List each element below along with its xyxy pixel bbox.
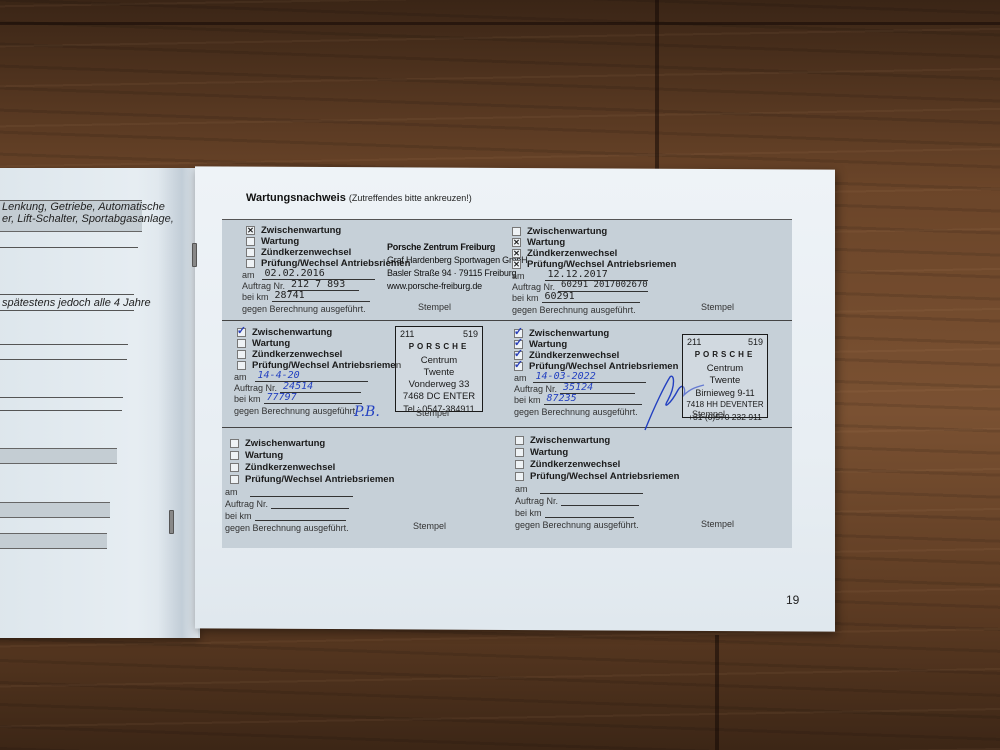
- date-field: am: [225, 485, 394, 497]
- option-wartung[interactable]: Wartung: [246, 236, 410, 247]
- stamp-line: Centrum: [683, 363, 767, 375]
- option-wartung[interactable]: Wartung: [230, 449, 394, 461]
- option-wartung[interactable]: Wartung: [515, 446, 679, 458]
- plank-seam: [715, 635, 719, 750]
- option-label: Zwischenwartung: [261, 225, 341, 236]
- km-value[interactable]: 28741: [272, 290, 370, 302]
- option-zwischenwartung[interactable]: Zwischenwartung: [514, 328, 678, 339]
- km-value[interactable]: 77797: [264, 392, 362, 404]
- option-label: Wartung: [245, 450, 283, 461]
- checkbox-icon[interactable]: [246, 248, 255, 257]
- dealer-website: www.porsche-freiburg.de: [387, 280, 527, 293]
- order-field: Auftrag Nr.: [515, 494, 679, 506]
- option-zuendkerzenwechsel[interactable]: Zündkerzenwechsel: [515, 458, 679, 470]
- date-value[interactable]: [540, 482, 643, 494]
- option-wartung[interactable]: Wartung: [512, 237, 676, 248]
- km-label: bei km: [234, 394, 261, 404]
- checkbox-icon[interactable]: [515, 460, 524, 469]
- option-zuendkerzenwechsel[interactable]: Zündkerzenwechsel: [246, 247, 410, 258]
- left-page-shaded-band: [0, 448, 117, 464]
- left-page-rule: [0, 344, 128, 345]
- dealer-address: Basler Straße 94 · 79115 Freiburg: [387, 267, 527, 280]
- service-entry-5: Zwischenwartung Wartung Zündkerzenwechse…: [230, 437, 394, 533]
- checkbox-icon[interactable]: [515, 448, 524, 457]
- km-field: bei km: [515, 506, 679, 518]
- option-zuendkerzenwechsel[interactable]: Zündkerzenwechsel: [514, 350, 678, 361]
- left-page-rule: [0, 397, 123, 398]
- service-entry-6: Zwischenwartung Wartung Zündkerzenwechse…: [515, 434, 679, 530]
- checkbox-icon[interactable]: [230, 451, 239, 460]
- option-label: Wartung: [527, 237, 565, 248]
- stamp-number-right: 519: [748, 336, 763, 348]
- option-antriebsriemen[interactable]: Prüfung/Wechsel Antriebsriemen: [515, 470, 679, 482]
- left-page-shaded-band: [0, 533, 107, 549]
- option-label: Zwischenwartung: [527, 226, 607, 237]
- km-field: bei km: [225, 509, 394, 521]
- left-page-text-line: spätestens jedoch alle 4 Jahre: [2, 297, 151, 309]
- checkbox-icon[interactable]: [512, 227, 521, 236]
- km-label: bei km: [242, 292, 269, 302]
- form-title-text: Wartungsnachweis: [246, 192, 346, 204]
- order-field: Auftrag Nr.: [225, 497, 394, 509]
- service-entry-2: Zwischenwartung Wartung Zündkerzenwechse…: [512, 226, 676, 315]
- option-zwischenwartung[interactable]: Zwischenwartung: [237, 327, 401, 338]
- left-page-text-line: er, Lift-Schalter, Sportabgasanlage,: [2, 213, 174, 225]
- dealer-stamp: 211519 PORSCHE Centrum Twente Birnieweg …: [682, 334, 768, 418]
- km-field: bei km77797: [234, 393, 401, 404]
- option-label: Zündkerzenwechsel: [245, 462, 335, 473]
- row-separator: [222, 320, 792, 321]
- checkbox-icon[interactable]: [230, 439, 239, 448]
- service-entry-3: Zwischenwartung Wartung Zündkerzenwechse…: [237, 327, 401, 416]
- date-label: am: [512, 271, 525, 281]
- executed-note: gegen Berechnung ausgeführt.: [242, 302, 410, 314]
- option-label: Zündkerzenwechsel: [530, 459, 620, 470]
- stamp-number-left: 211: [687, 336, 701, 348]
- checkbox-icon[interactable]: [246, 259, 255, 268]
- option-label: Prüfung/Wechsel Antriebsriemen: [245, 474, 394, 485]
- checkbox-icon[interactable]: [246, 237, 255, 246]
- km-field: bei km28741: [242, 291, 410, 302]
- checkbox-icon[interactable]: [515, 472, 524, 481]
- date-label: am: [514, 373, 527, 383]
- left-page-rule: [0, 359, 127, 360]
- left-page-rule: [0, 294, 134, 295]
- stamp-line: Centrum: [396, 355, 482, 367]
- option-label: Zwischenwartung: [252, 327, 332, 338]
- checkbox-icon[interactable]: [246, 226, 255, 235]
- checkbox-icon[interactable]: [237, 361, 246, 370]
- date-label: am: [515, 484, 528, 494]
- order-label: Auftrag Nr.: [515, 496, 558, 506]
- stamp-line: Vonderweg 33: [396, 379, 482, 391]
- checkbox-icon[interactable]: [514, 362, 523, 371]
- km-label: bei km: [514, 395, 541, 405]
- stamp-label: Stempel: [416, 408, 449, 418]
- checkbox-icon[interactable]: [512, 238, 521, 247]
- km-label: bei km: [515, 508, 542, 518]
- stamp-label: Stempel: [692, 409, 725, 419]
- option-zuendkerzenwechsel[interactable]: Zündkerzenwechsel: [512, 248, 676, 259]
- km-label: bei km: [225, 511, 252, 521]
- checkbox-icon[interactable]: [512, 260, 521, 269]
- left-page-text-line: Lenkung, Getriebe, Automatische: [2, 201, 165, 213]
- left-page-rule: [0, 410, 122, 411]
- option-label: Zündkerzenwechsel: [261, 247, 351, 258]
- stamp-line: Birnieweg 9-11: [683, 387, 767, 399]
- staple: [192, 243, 197, 267]
- book-gutter: [158, 168, 198, 638]
- option-label: Zündkerzenwechsel: [529, 350, 619, 361]
- left-page-rule: [0, 247, 138, 248]
- option-label: Wartung: [252, 338, 290, 349]
- form-title: Wartungsnachweis (Zutreffendes bitte ank…: [246, 192, 472, 204]
- option-zwischenwartung[interactable]: Zwischenwartung: [512, 226, 676, 237]
- stamp-line: 7468 DC ENTER: [396, 391, 482, 403]
- date-label: am: [242, 270, 255, 280]
- plank-seam: [655, 0, 659, 170]
- order-value[interactable]: [271, 497, 349, 509]
- left-page-rule: [0, 310, 134, 311]
- stamp-label: Stempel: [701, 519, 734, 529]
- checkbox-icon[interactable]: [515, 436, 524, 445]
- stamp-brand: PORSCHE: [396, 341, 482, 353]
- km-field: bei km60291: [512, 292, 676, 303]
- stamp-label: Stempel: [418, 302, 451, 312]
- handwritten-initials: P.B.: [354, 404, 380, 420]
- option-label: Wartung: [529, 339, 567, 350]
- dealer-imprint: Porsche Zentrum Freiburg Graf Hardenberg…: [387, 241, 527, 293]
- km-value[interactable]: [545, 506, 634, 518]
- option-zuendkerzenwechsel[interactable]: Zündkerzenwechsel: [237, 349, 401, 360]
- option-wartung[interactable]: Wartung: [514, 339, 678, 350]
- stamp-label: Stempel: [413, 521, 446, 531]
- stamp-number-left: 211: [400, 328, 414, 340]
- option-antriebsriemen[interactable]: Prüfung/Wechsel Antriebsriemen: [230, 473, 394, 485]
- option-zwischenwartung[interactable]: Zwischenwartung: [515, 434, 679, 446]
- km-label: bei km: [512, 293, 539, 303]
- dealer-company: Graf Hardenberg Sportwagen GmbH: [387, 254, 527, 267]
- left-page-shaded-band: [0, 502, 110, 518]
- checkbox-icon[interactable]: [512, 249, 521, 258]
- form-title-note: (Zutreffendes bitte ankreuzen!): [349, 193, 472, 203]
- stamp-line: Twente: [396, 367, 482, 379]
- km-value[interactable]: 87235: [544, 393, 642, 405]
- checkbox-icon[interactable]: [237, 339, 246, 348]
- option-zwischenwartung[interactable]: Zwischenwartung: [246, 225, 410, 236]
- checkbox-icon[interactable]: [230, 475, 239, 484]
- service-entry-1: Zwischenwartung Wartung Zündkerzenwechse…: [246, 225, 410, 314]
- km-value[interactable]: 60291: [542, 291, 640, 303]
- option-label: Zwischenwartung: [530, 435, 610, 446]
- option-label: Wartung: [530, 447, 568, 458]
- order-label: Auftrag Nr.: [225, 499, 268, 509]
- dealer-stamp: 211519 PORSCHE Centrum Twente Vonderweg …: [395, 326, 483, 412]
- order-value[interactable]: [561, 494, 639, 506]
- page-number: 19: [786, 593, 799, 607]
- option-label: Wartung: [261, 236, 299, 247]
- executed-note: gegen Berechnung ausgeführt.: [515, 518, 679, 530]
- date-value[interactable]: [250, 485, 353, 497]
- option-label: Zündkerzenwechsel: [527, 248, 617, 259]
- date-label: am: [234, 372, 247, 382]
- option-label: Zwischenwartung: [529, 328, 609, 339]
- km-value[interactable]: [255, 509, 346, 521]
- date-field: am: [515, 482, 679, 494]
- stamp-number-right: 519: [463, 328, 478, 340]
- option-label: Zwischenwartung: [245, 438, 325, 449]
- executed-note: gegen Berechnung ausgeführt.: [225, 521, 394, 533]
- checkbox-icon[interactable]: [230, 463, 239, 472]
- option-zwischenwartung[interactable]: Zwischenwartung: [230, 437, 394, 449]
- option-label: Prüfung/Wechsel Antriebsriemen: [530, 471, 679, 482]
- executed-note: gegen Berechnung ausgeführt.: [512, 303, 676, 315]
- stamp-line: Twente: [683, 375, 767, 387]
- option-zuendkerzenwechsel[interactable]: Zündkerzenwechsel: [230, 461, 394, 473]
- date-label: am: [225, 487, 238, 497]
- checkbox-icon[interactable]: [237, 328, 246, 337]
- staple: [169, 510, 174, 534]
- option-wartung[interactable]: Wartung: [237, 338, 401, 349]
- checkbox-icon[interactable]: [237, 350, 246, 359]
- dealer-name: Porsche Zentrum Freiburg: [387, 241, 527, 254]
- stamp-brand: PORSCHE: [683, 349, 767, 361]
- plank-seam: [0, 22, 1000, 25]
- option-label: Zündkerzenwechsel: [252, 349, 342, 360]
- stamp-label: Stempel: [701, 302, 734, 312]
